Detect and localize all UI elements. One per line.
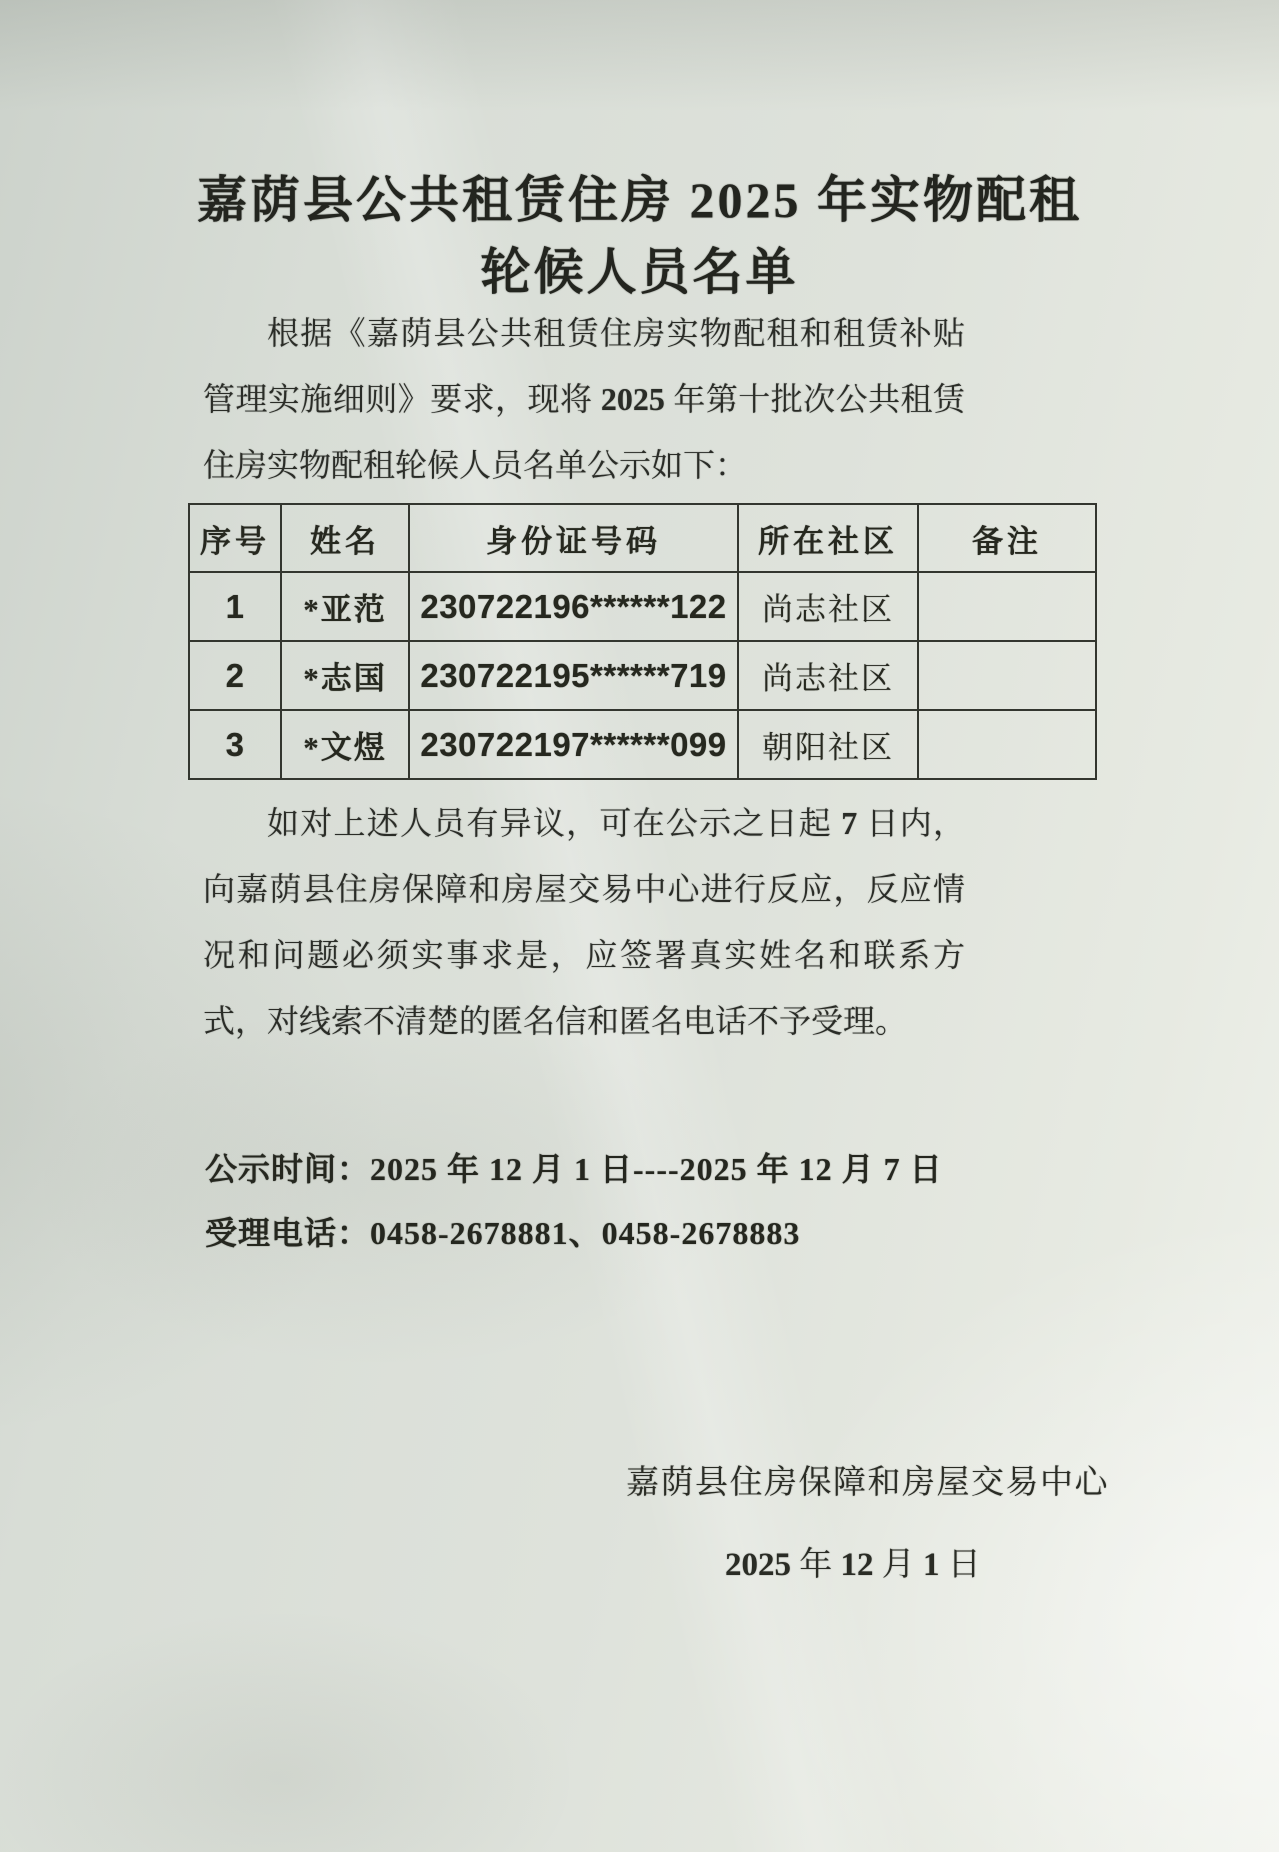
objection-paragraph: 如对上述人员有异议，可在公示之日起 7 日内，向嘉荫县住房保障和房屋交易中心进行… <box>203 790 965 1054</box>
cell-id-number: 230722196******122 <box>409 572 738 641</box>
scanned-notice-page: 嘉荫县公共租赁住房 2025 年实物配租 轮候人员名单 根据《嘉荫县公共租赁住房… <box>0 0 1279 1852</box>
cell-id-number: 230722197******099 <box>409 710 738 779</box>
notice-title-line2: 轮候人员名单 <box>0 232 1279 304</box>
date-month-label: 月 <box>874 1547 924 1583</box>
objection-days: 7 <box>841 805 857 841</box>
cell-community: 尚志社区 <box>738 641 918 710</box>
cell-remarks <box>918 710 1096 779</box>
cell-remarks <box>918 641 1096 710</box>
cell-remarks <box>918 572 1096 641</box>
cell-index: 3 <box>189 710 281 779</box>
table-row: 3 *文煜 230722197******099 朝阳社区 <box>189 710 1096 779</box>
intro-year: 2025 <box>601 381 665 417</box>
date-year-label: 年 <box>791 1547 841 1583</box>
header-community: 所在社区 <box>738 504 918 572</box>
cell-name: *文煜 <box>281 710 409 779</box>
date-day: 1 <box>923 1547 940 1583</box>
date-month: 12 <box>841 1547 874 1583</box>
date-day-label: 日 <box>940 1547 981 1583</box>
cell-community: 朝阳社区 <box>738 710 918 779</box>
waiting-list-table: 序号 姓名 身份证号码 所在社区 备注 1 *亚范 230722196*****… <box>188 503 1097 780</box>
table-header-row: 序号 姓名 身份证号码 所在社区 备注 <box>189 504 1096 572</box>
table-row: 2 *志国 230722195******719 尚志社区 <box>189 641 1096 710</box>
table-row: 1 *亚范 230722196******122 尚志社区 <box>189 572 1096 641</box>
cell-id-number: 230722195******719 <box>409 641 738 710</box>
cell-community: 尚志社区 <box>738 572 918 641</box>
header-id-number: 身份证号码 <box>409 504 738 572</box>
publicity-period-line: 公示时间：2025 年 12 月 1 日----2025 年 12 月 7 日 <box>205 1144 943 1190</box>
objection-text-1: 如对上述人员有异议，可在公示之日起 <box>267 805 841 841</box>
header-name: 姓名 <box>281 504 409 572</box>
notice-title-line1: 嘉荫县公共租赁住房 2025 年实物配租 <box>0 160 1279 232</box>
cell-name: *亚范 <box>281 572 409 641</box>
cell-index: 1 <box>189 572 281 641</box>
hotline-line: 受理电话：0458-2678881、0458-2678883 <box>205 1208 800 1254</box>
issue-date: 2025 年 12 月 1 日 <box>725 1538 981 1585</box>
header-index: 序号 <box>189 504 281 572</box>
cell-index: 2 <box>189 641 281 710</box>
cell-name: *志国 <box>281 641 409 710</box>
intro-paragraph: 根据《嘉荫县公共租赁住房实物配租和租赁补贴管理实施细则》要求，现将 2025 年… <box>203 300 965 498</box>
date-year: 2025 <box>725 1547 791 1583</box>
header-remarks: 备注 <box>918 504 1096 572</box>
issuer-signature: 嘉荫县住房保障和房屋交易中心 <box>626 1456 1109 1503</box>
